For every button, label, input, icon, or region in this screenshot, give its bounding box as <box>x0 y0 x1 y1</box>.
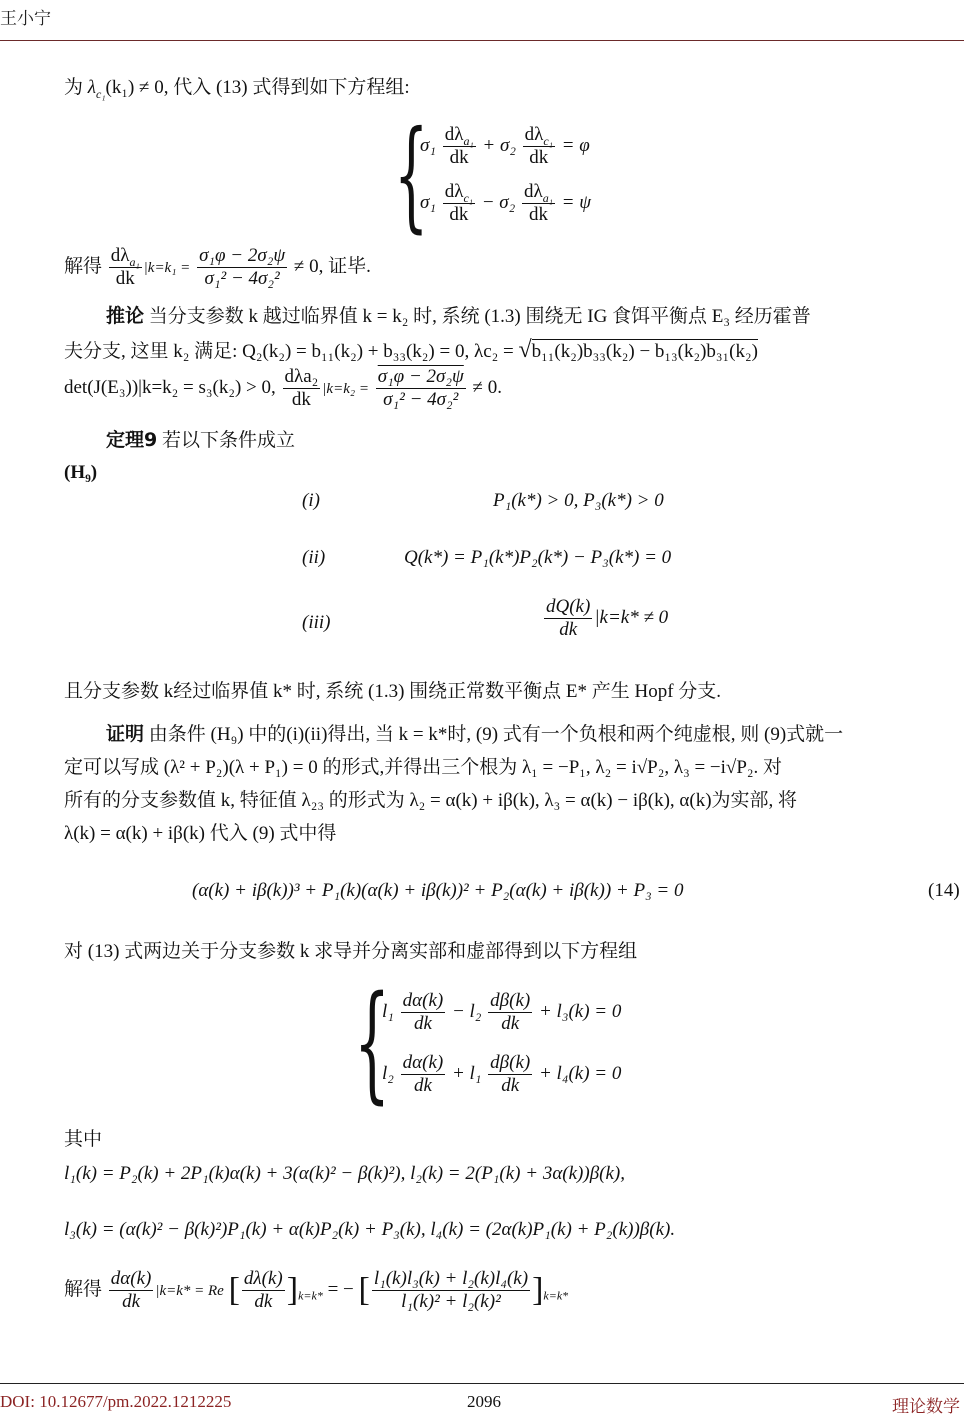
subscript: c₁ <box>96 87 106 101</box>
solution-line-1: 解得 dλa₁dk|k=k₁ = σ₁φ − 2σ₂ψσ₁² − 4σ₂² ≠ … <box>64 245 371 290</box>
den: dk <box>443 146 476 169</box>
den: dk <box>488 1012 532 1035</box>
evaluation: |k=k* = Re <box>155 1283 224 1299</box>
sub: a₁ <box>463 134 473 148</box>
num: dQ(k) <box>544 596 592 618</box>
num: dλ(k) <box>242 1268 285 1290</box>
text: 若以下条件成立 <box>162 430 295 451</box>
text: 夫分支, 这里 k₂ 满足: Q₂(k₂) = b₁₁(k₂) + b₃₃(k₂… <box>64 341 518 362</box>
fraction: dλc₁dk <box>523 124 555 169</box>
num: dβ(k) <box>488 1052 532 1074</box>
den: dk <box>488 1074 532 1097</box>
den: dk <box>283 388 321 411</box>
fraction: dλc₁dk <box>443 181 475 226</box>
num: dλa₂ <box>283 366 321 388</box>
solution-line-2: 解得 dα(k)dk|k=k* = Re [dλ(k)dk]k=k* = − [… <box>64 1268 568 1313</box>
running-header-author: 王小宁 <box>0 4 51 29</box>
fraction: dβ(k)dk <box>488 990 532 1035</box>
proof-line4: λ(k) = α(k) + iβ(k) 代入 (9) 式中得 <box>64 822 336 846</box>
fraction: dQ(k)dk <box>544 596 592 641</box>
den: σ₁² − 4σ₂² <box>376 388 466 411</box>
equation-number: (14) <box>928 880 960 902</box>
den: σ₁² − 4σ₂² <box>197 267 287 290</box>
fraction: l₁(k)l₃(k) + l₂(k)l₄(k)l₁(k)² + l₂(k)² <box>372 1268 530 1313</box>
den: dk <box>443 203 475 226</box>
lambda-symbol: λ <box>88 77 96 98</box>
operator: − l₂ <box>452 1001 481 1022</box>
equation-14: (α(k) + iβ(k))³ + P₁(k)(α(k) + iβ(k))² +… <box>192 880 684 902</box>
num: dα(k) <box>401 1052 446 1074</box>
den: dk <box>242 1290 285 1313</box>
den: dk <box>109 1290 154 1313</box>
where-label: 其中 <box>64 1128 102 1152</box>
text: 当分支参数 k 越过临界值 k = k₂ 时, 系统 (1.3) 围绕无 IG … <box>149 306 811 327</box>
rhs: = φ <box>562 135 590 156</box>
num: dβ(k) <box>488 990 532 1012</box>
den: dk <box>401 1074 446 1097</box>
corollary-label: 推论 <box>106 305 144 327</box>
doi-link[interactable]: DOI: 10.12677/pm.2022.1212225 <box>0 1392 231 1412</box>
text: 解得 <box>64 1279 102 1300</box>
num: σ₁φ − 2σ₂ψ <box>197 245 287 267</box>
fraction: dα(k)dk <box>401 1052 446 1097</box>
num: l₁(k)l₃(k) + l₂(k)l₄(k) <box>372 1268 530 1290</box>
math-expr: (k₁) ≠ 0, <box>106 77 169 98</box>
fraction: dβ(k)dk <box>488 1052 532 1097</box>
fraction: dλa₁dk <box>522 181 555 226</box>
operator: + l₁ <box>452 1063 481 1084</box>
fraction: dλa₁dk <box>109 245 142 290</box>
sqrt-expr: b₁₁(k₂)b₃₃(k₂) − b₁₃(k₂)b₃₁(k₂) <box>532 339 758 362</box>
rhs: = ψ <box>562 192 591 213</box>
text: 由条件 (H₉) 中的(i)(ii)得出, 当 k = k*时, (9) 式有一… <box>149 724 843 745</box>
system1-row2: σ₁ dλc₁dk − σ₂ dλa₁dk = ψ <box>420 181 591 226</box>
evaluation: |k=k₂ = <box>322 381 369 397</box>
num: dλ <box>445 124 464 145</box>
proof-line1: 证明 由条件 (H₉) 中的(i)(ii)得出, 当 k = k*时, (9) … <box>106 722 843 747</box>
operator: = − <box>328 1279 354 1300</box>
paragraph-derive: 对 (13) 式两边关于分支参数 k 求导并分离实部和虚部得到以下方程组 <box>64 940 637 964</box>
theorem-label: 定理9 <box>106 429 157 451</box>
sub: a₁ <box>129 255 139 269</box>
page-number: 2096 <box>467 1392 501 1412</box>
l1-l2-definitions: l₁(k) = P₂(k) + 2P₁(k)α(k) + 3(α(k)² − β… <box>64 1162 625 1186</box>
proof-line2: 定可以写成 (λ² + P₂)(λ + P₁) = 0 的形式,并得出三个根为 … <box>64 756 782 780</box>
condition-expr: P₁(k*) > 0, P₃(k*) > 0 <box>493 490 664 512</box>
l3-l4-definitions: l₃(k) = (α(k)² − β(k)²)P₁(k) + α(k)P₂(k)… <box>64 1218 675 1242</box>
proof-label: 证明 <box>106 723 144 745</box>
condition-expr: dQ(k)dk|k=k* ≠ 0 <box>542 596 668 641</box>
proof-line3: 所有的分支参数值 k, 特征值 λ₂₃ 的形式为 λ₂ = α(k) + iβ(… <box>64 789 797 813</box>
text: 代入 (13) 式得到如下方程组: <box>173 77 409 98</box>
fraction: dα(k)dk <box>401 990 446 1035</box>
sub: k=k* <box>543 1289 568 1303</box>
sigma1: σ₁ <box>420 192 436 213</box>
text: 为 <box>64 77 83 98</box>
den: dk <box>523 146 555 169</box>
den: dk <box>401 1012 446 1035</box>
journal-name: 理论数学 <box>892 1392 960 1414</box>
evaluation: |k=k₁ = <box>144 260 191 276</box>
num: dα(k) <box>401 990 446 1012</box>
hypothesis-label: (H₉) <box>64 461 97 485</box>
den: dk <box>522 203 555 226</box>
coef: l₁ <box>382 1001 394 1022</box>
corollary-line3: det(J(E₃))|k=k₂ = s₃(k₂) > 0, dλa₂dk|k=k… <box>64 366 502 411</box>
operator: + σ₂ <box>482 135 516 156</box>
num: dλ <box>111 245 130 266</box>
coef: l₂ <box>382 1063 394 1084</box>
rest: + l₄(k) = 0 <box>539 1063 621 1084</box>
condition-expr: Q(k*) = P₁(k*)P₂(k*) − P₃(k*) = 0 <box>404 547 671 569</box>
fraction: σ₁φ − 2σ₂ψσ₁² − 4σ₂² <box>197 245 287 290</box>
sub: k=k* <box>298 1289 323 1303</box>
num: σ₁φ − 2σ₂ψ <box>376 366 466 388</box>
footer-rule <box>0 1383 964 1384</box>
condition-tag: (i) <box>302 490 320 512</box>
sub: c₁ <box>543 134 553 148</box>
header-rule <box>0 40 964 41</box>
operator: − σ₂ <box>482 192 516 213</box>
system1-row1: σ₁ dλa₁dk + σ₂ dλc₁dk = φ <box>420 124 590 169</box>
den: dk <box>544 618 592 641</box>
sigma1: σ₁ <box>420 135 436 156</box>
fraction: σ₁φ − 2σ₂ψσ₁² − 4σ₂² <box>376 366 466 411</box>
den: dk <box>109 267 142 290</box>
system2-row1: l₁ dα(k)dk − l₂ dβ(k)dk + l₃(k) = 0 <box>382 990 621 1035</box>
sub: a₁ <box>543 191 553 205</box>
system2-row2: l₂ dα(k)dk + l₁ dβ(k)dk + l₄(k) = 0 <box>382 1052 621 1097</box>
text: ≠ 0, 证毕. <box>294 256 371 277</box>
condition-tag: (ii) <box>302 547 325 569</box>
text: ≠ 0. <box>473 377 502 398</box>
fraction: dλa₁dk <box>443 124 476 169</box>
corollary-line2: 夫分支, 这里 k₂ 满足: Q₂(k₂) = b₁₁(k₂) + b₃₃(k₂… <box>64 338 758 364</box>
num: dα(k) <box>109 1268 154 1290</box>
theorem-conclusion: 且分支参数 k经过临界值 k* 时, 系统 (1.3) 围绕正常数平衡点 E* … <box>64 680 721 704</box>
fraction: dλa₂dk <box>283 366 321 411</box>
num: dλ <box>524 181 543 202</box>
num: dλ <box>525 124 544 145</box>
num: dλ <box>445 181 464 202</box>
den: l₁(k)² + l₂(k)² <box>372 1290 530 1313</box>
corollary-line1: 推论 当分支参数 k 越过临界值 k = k₂ 时, 系统 (1.3) 围绕无 … <box>106 304 811 329</box>
evaluation: |k=k* ≠ 0 <box>594 607 668 628</box>
det-expr: det(J(E₃))|k=k₂ = s₃(k₂) > 0, <box>64 377 276 398</box>
sub: c₁ <box>463 191 473 205</box>
theorem-heading: 定理9 若以下条件成立 <box>106 428 295 453</box>
condition-tag: (iii) <box>302 612 331 634</box>
fraction: dλ(k)dk <box>242 1268 285 1313</box>
paragraph-substitution: 为 λc₁(k₁) ≠ 0, 代入 (13) 式得到如下方程组: <box>64 76 410 100</box>
rest: + l₃(k) = 0 <box>539 1001 621 1022</box>
fraction: dα(k)dk <box>109 1268 154 1313</box>
text: 解得 <box>64 256 102 277</box>
